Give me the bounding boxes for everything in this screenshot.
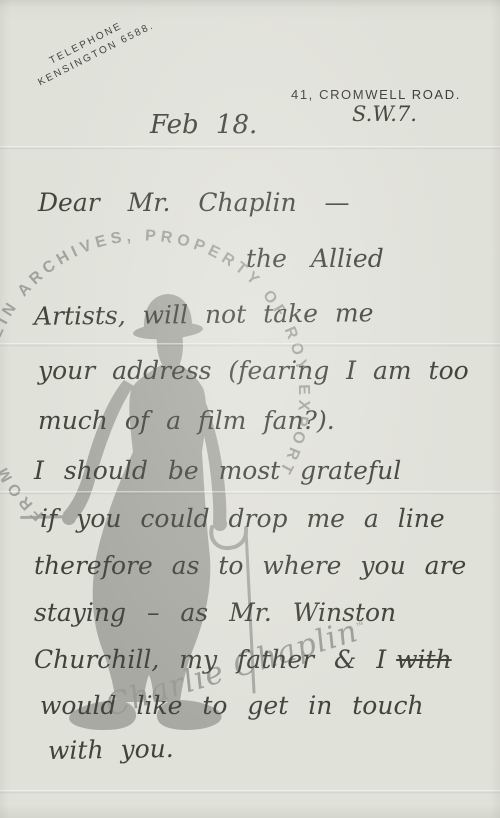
handwritten-line: staying – as Mr. Winston	[34, 598, 396, 627]
handwritten-line: Churchill, my father & Iwith	[34, 645, 452, 674]
handwritten-line: Artists, will not take me	[34, 298, 374, 331]
scanned-letter-page: FROM THE CHAPLIN ARCHIVES, PROPERTY OF R…	[0, 0, 500, 818]
handwritten-line: the Allied	[246, 244, 384, 273]
handwritten-line: with you.	[48, 734, 174, 765]
handwritten-line: would like to get in touch	[40, 691, 424, 720]
handwritten-line: Dear Mr. Chaplin —	[38, 188, 350, 217]
handwritten-line: if you could drop me a line	[40, 504, 445, 533]
handwritten-district: S.W.7.	[352, 102, 417, 126]
handwritten-line: your address (fearing I am too	[38, 356, 469, 385]
handwritten-line: I should be most grateful	[34, 456, 401, 485]
handwritten-line: therefore as to where you are	[34, 551, 466, 580]
letterhead-address: 41, CROMWELL ROAD.	[291, 87, 461, 102]
struck-out-word: with	[396, 645, 452, 674]
handwritten-line: much of a film fan?).	[38, 406, 335, 435]
handwritten-date: Feb 18.	[150, 110, 257, 140]
